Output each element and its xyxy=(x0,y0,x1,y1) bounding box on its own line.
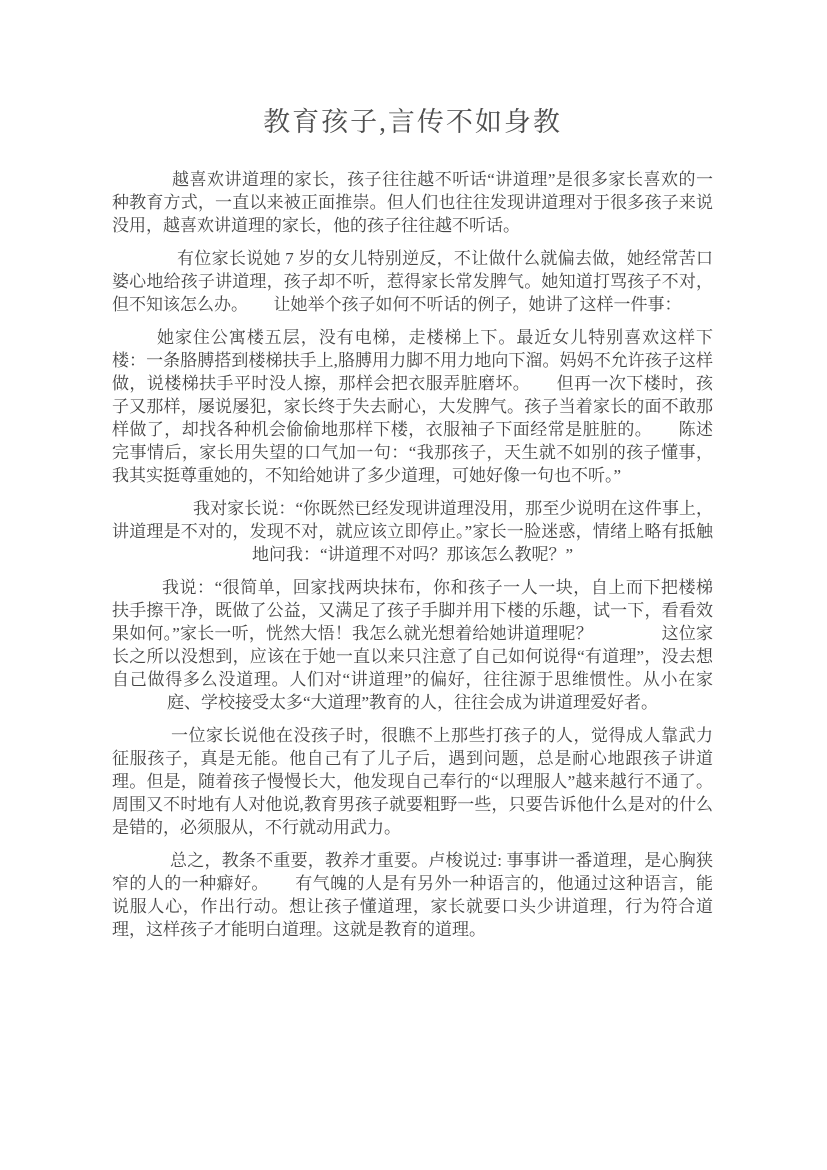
document-page: 教育孩子,言传不如身教 越喜欢讲道理的家长，孩子往往越不听话“讲道理”是很多家长… xyxy=(0,0,827,1170)
document-body: 教育孩子,言传不如身教 越喜欢讲道理的家长，孩子往往越不听话“讲道理”是很多家长… xyxy=(112,102,713,951)
paragraph-solution: 我说：“很简单，回家找两块抹布，你和孩子一人一块，自上而下把楼梯扶手擦干净，既做… xyxy=(112,576,713,714)
paragraph-parent-story-intro: 有位家长说她 7 岁的女儿特别逆反，不让做什么就偏去做，她经常苦口婆心地给孩子讲… xyxy=(112,247,713,316)
paragraph-father-example: 一位家长说他在没孩子时，很瞧不上那些打孩子的人，觉得成人靠武力征服孩子，真是无能… xyxy=(112,724,713,839)
document-title: 教育孩子,言传不如身教 xyxy=(112,102,713,142)
paragraph-conclusion: 总之，教条不重要，教养才重要。卢梭说过: 事事讲一番道理，是心胸狭窄的人的一种癖… xyxy=(112,849,713,941)
paragraph-author-advice: 我对家长说：“你既然已经发现讲道理没用，那至少说明在这件事上，讲道理是不对的，发… xyxy=(112,497,713,566)
paragraph-stair-story: 她家住公寓楼五层，没有电梯，走楼梯上下。最近女儿特别喜欢这样下楼：一条胳膊搭到楼… xyxy=(112,326,713,487)
paragraph-intro: 越喜欢讲道理的家长，孩子往往越不听话“讲道理”是很多家长喜欢的一种教育方式，一直… xyxy=(112,168,713,237)
